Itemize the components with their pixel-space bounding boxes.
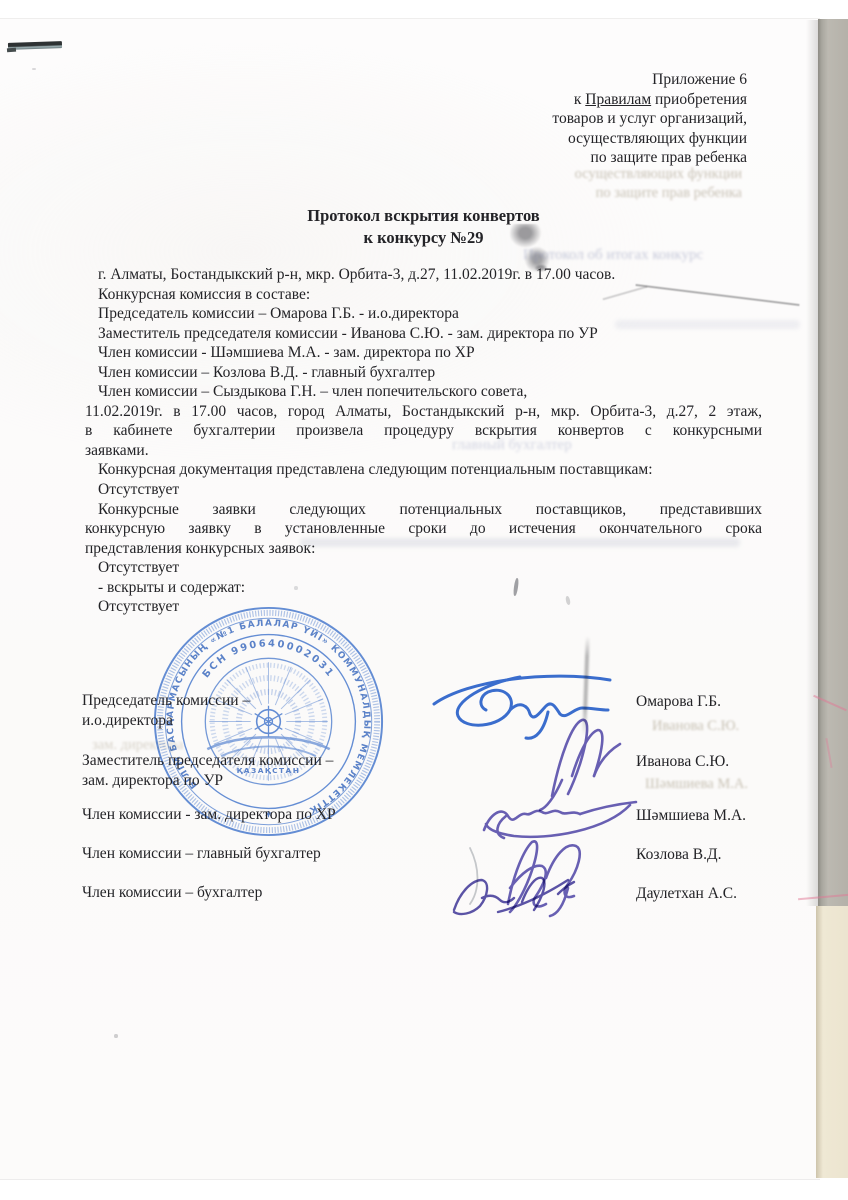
signer-name-kozlova: Козлова В.Д.	[636, 846, 721, 864]
body-line: г. Алматы, Бостандыкский р-н, мкр. Орбит…	[85, 265, 762, 285]
signer-name-daulethan: Даулетхан А.С.	[636, 885, 737, 903]
document-body: г. Алматы, Бостандыкский р-н, мкр. Орбит…	[85, 265, 762, 617]
rules-underlined-word: Правилам	[585, 91, 651, 108]
appendix-line: товаров и услуг организаций,	[552, 109, 747, 129]
signer-name-omarova: Омарова Г.Б.	[636, 693, 721, 711]
signer-name-ivanova: Иванова С.Ю.	[636, 753, 729, 771]
appendix-line: Приложение 6	[552, 70, 747, 90]
scanned-protocol-page: { "page": {"kind": "Scanned protocol doc…	[0, 0, 848, 1200]
appendix-text: к	[574, 91, 585, 108]
document-title: Протокол вскрытия конвертов к конкурсу №…	[85, 205, 762, 248]
body-line: представления конкурсных заявок:	[85, 539, 762, 559]
appendix-line: осуществляющих функции	[552, 129, 747, 149]
appendix-header: Приложение 6 к Правилам приобретения тов…	[552, 70, 747, 168]
title-line-1: Протокол вскрытия конвертов	[85, 205, 762, 227]
signer-role-chairman: Председатель комиссии – и.о.директора	[82, 691, 250, 731]
body-line: 11.02.2019г. в 17.00 часов, город Алматы…	[85, 402, 762, 422]
body-line: Председатель комиссии – Омарова Г.Б. - и…	[85, 304, 762, 324]
signer-role-line: зам. директора по УР	[82, 771, 333, 791]
body-line: заявками.	[85, 441, 762, 461]
appendix-text: приобретения	[651, 91, 747, 108]
body-line: Член комиссии - Шәмшиева М.А. - зам. дир…	[85, 343, 762, 363]
signer-name-shamshieva: Шәмшиева М.А.	[636, 807, 746, 825]
scanner-background-gray	[818, 19, 848, 907]
title-line-2: к конкурсу №29	[85, 227, 762, 249]
appendix-line: по защите прав ребенка	[552, 148, 747, 168]
signer-role-member-bookkeeper: Член комиссии – бухгалтер	[82, 883, 262, 903]
body-line: Отсутствует	[85, 480, 762, 500]
signer-role-deputy: Заместитель председателя комиссии – зам.…	[82, 751, 333, 791]
signature-daulethan	[446, 868, 586, 926]
signer-role-line: и.о.директора	[82, 711, 250, 731]
ink-speck	[32, 68, 36, 70]
appendix-line: к Правилам приобретения	[552, 90, 747, 110]
body-line: Отсутствует	[85, 558, 762, 578]
body-line: Конкурсная комиссия в составе:	[85, 285, 762, 305]
scanner-background-beige	[816, 906, 848, 1178]
body-line: - вскрыты и содержат:	[85, 578, 762, 598]
signer-role-member-accountant: Член комиссии – главный бухгалтер	[82, 844, 321, 864]
body-line: конкурсную заявку в установленные сроки …	[85, 519, 762, 539]
body-line: Конкурсная документация представлена сле…	[85, 460, 762, 480]
body-line: Заместитель председателя комиссии - Иван…	[85, 324, 762, 344]
body-line: Член комиссии – Сыздыкова Г.Н. – член по…	[85, 382, 762, 402]
staple-mark-notch	[7, 48, 16, 53]
ink-speck	[114, 1034, 118, 1038]
signer-role-member-hr: Член комиссии - зам. директора по ХР	[82, 805, 336, 825]
body-line: в кабинете бухгалтерии произвела процеду…	[85, 421, 762, 441]
signer-role-line: Заместитель председателя комиссии –	[82, 751, 333, 771]
body-line: Конкурсные заявки следующих потенциальны…	[85, 500, 762, 520]
stamp-shanyrak-emblem	[255, 706, 283, 738]
signer-role-line: Председатель комиссии –	[82, 691, 250, 711]
body-line: Член комиссии – Козлова В.Д. - главный б…	[85, 363, 762, 383]
